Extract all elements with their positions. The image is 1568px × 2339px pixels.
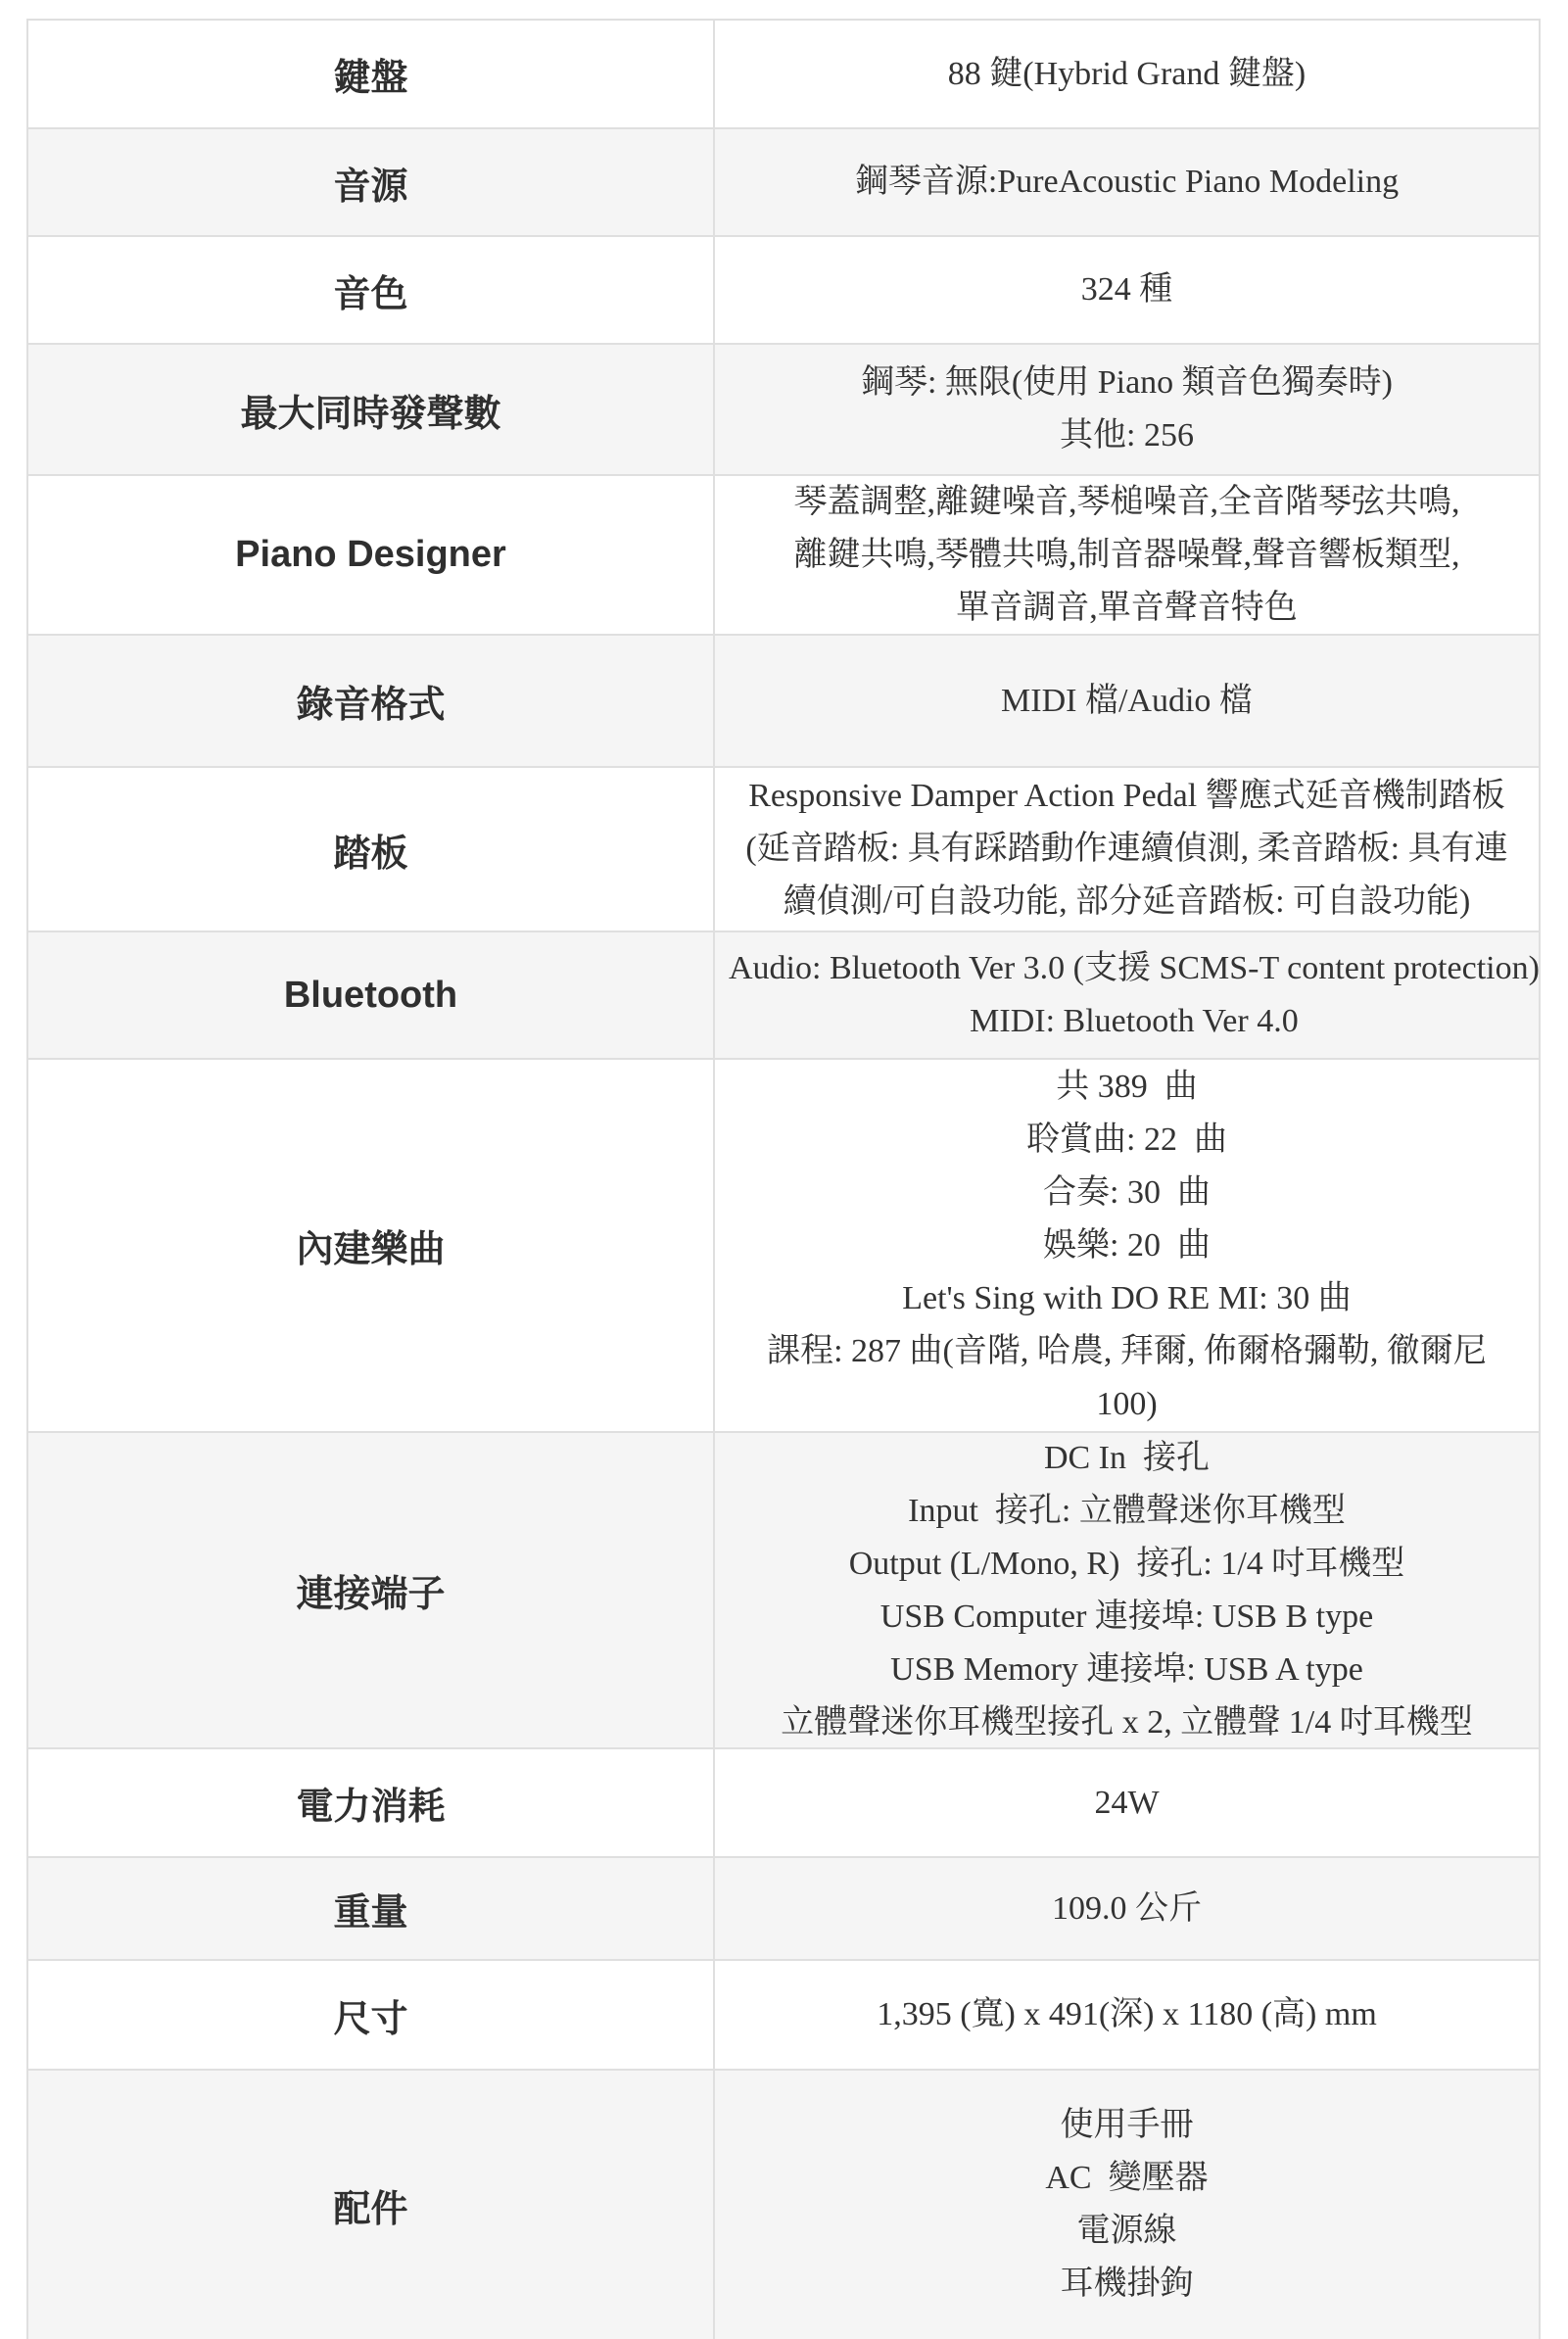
spec-label: 重量 [28,1858,715,1959]
spec-table: 鍵盤 88 鍵(Hybrid Grand 鍵盤) 音源 鋼琴音源:PureAco… [26,19,1541,2288]
spec-label: 鍵盤 [28,21,715,127]
spec-label: 電力消耗 [28,1749,715,1856]
spec-row: 最大同時發聲數 鋼琴: 無限(使用 Piano 類音色獨奏時) 其他: 256 [28,343,1539,474]
spec-value: 324 種 [715,237,1539,343]
spec-value: MIDI 檔/Audio 檔 [715,636,1539,766]
spec-row: 配件 使用手冊 AC 變壓器 電源線 耳機掛鉤 [28,2069,1539,2288]
spec-value: 24W [715,1749,1539,1856]
spec-value: Responsive Damper Action Pedal 響應式延音機制踏板… [715,768,1539,931]
spec-label: Bluetooth [28,932,715,1058]
spec-row: Bluetooth Audio: Bluetooth Ver 3.0 (支援 S… [28,931,1539,1058]
spec-value: DC In 接孔 Input 接孔: 立體聲迷你耳機型 Output (L/Mo… [715,1433,1539,1747]
spec-row: 音色 324 種 [28,235,1539,343]
spec-label: 錄音格式 [28,636,715,766]
spec-label: 最大同時發聲數 [28,345,715,474]
spec-row: 內建樂曲 共 389 曲 聆賞曲: 22 曲 合奏: 30 曲 娛樂: 20 曲… [28,1058,1539,1431]
spec-value: 88 鍵(Hybrid Grand 鍵盤) [715,21,1539,127]
spec-row: 尺寸 1,395 (寬) x 491(深) x 1180 (高) mm [28,1959,1539,2069]
spec-label: 連接端子 [28,1433,715,1747]
spec-value: 共 389 曲 聆賞曲: 22 曲 合奏: 30 曲 娛樂: 20 曲 Let'… [715,1060,1539,1431]
spec-row: 連接端子 DC In 接孔 Input 接孔: 立體聲迷你耳機型 Output … [28,1431,1539,1747]
spec-label: 配件 [28,2071,715,2288]
spec-row: 踏板 Responsive Damper Action Pedal 響應式延音機… [28,766,1539,931]
spec-row: 電力消耗 24W [28,1747,1539,1856]
spec-label: 內建樂曲 [28,1060,715,1431]
spec-value: 琴蓋調整,離鍵噪音,琴槌噪音,全音階琴弦共鳴, 離鍵共鳴,琴體共鳴,制音器噪聲,… [715,476,1539,634]
spec-label: 尺寸 [28,1961,715,2069]
spec-label: Piano Designer [28,476,715,634]
spec-row: 重量 109.0 公斤 [28,1856,1539,1959]
spec-value: 鋼琴音源:PureAcoustic Piano Modeling [715,129,1539,235]
spec-row: 鍵盤 88 鍵(Hybrid Grand 鍵盤) [28,21,1539,127]
spec-value: 使用手冊 AC 變壓器 電源線 耳機掛鉤 [715,2071,1539,2288]
spec-label: 音源 [28,129,715,235]
spec-value: 1,395 (寬) x 491(深) x 1180 (高) mm [715,1961,1539,2069]
spec-row: 錄音格式 MIDI 檔/Audio 檔 [28,634,1539,766]
spec-label: 踏板 [28,768,715,931]
spec-row: 音源 鋼琴音源:PureAcoustic Piano Modeling [28,127,1539,235]
spec-value: 鋼琴: 無限(使用 Piano 類音色獨奏時) 其他: 256 [715,345,1539,474]
spec-value: Audio: Bluetooth Ver 3.0 (支援 SCMS-T cont… [715,932,1553,1058]
spec-row: Piano Designer 琴蓋調整,離鍵噪音,琴槌噪音,全音階琴弦共鳴, 離… [28,474,1539,634]
spec-value: 109.0 公斤 [715,1858,1539,1959]
spec-label: 音色 [28,237,715,343]
